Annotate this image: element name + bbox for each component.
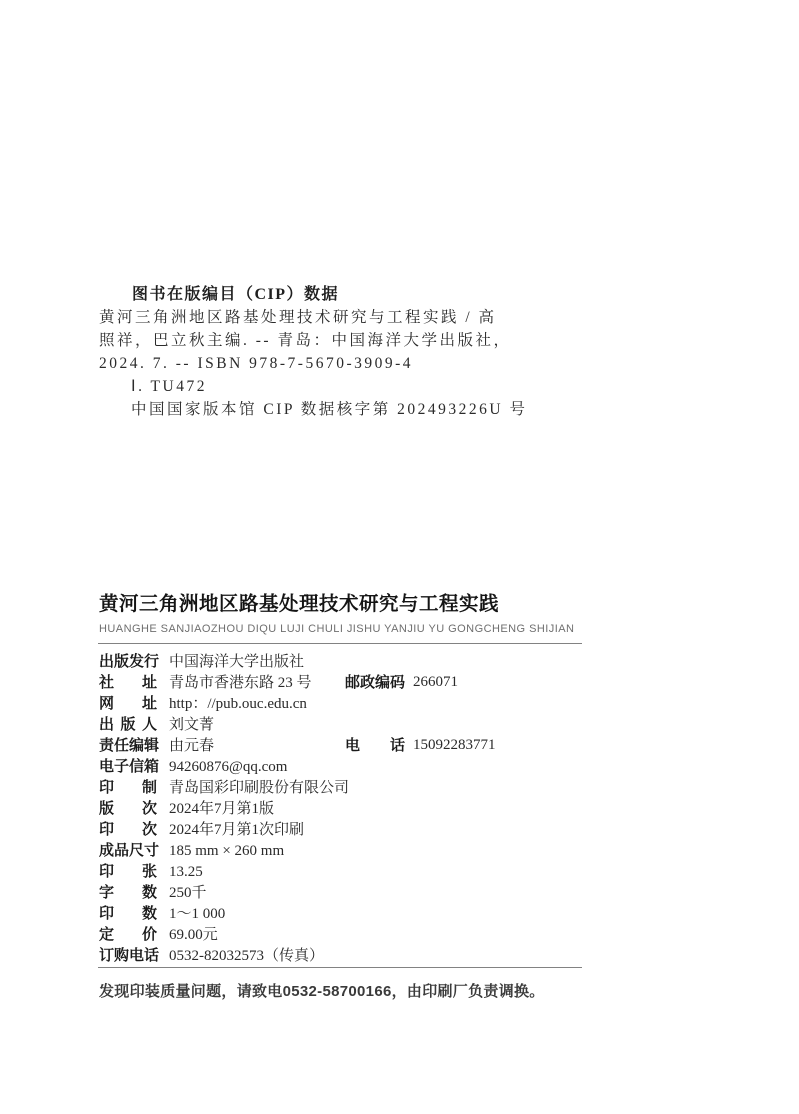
row-value: 185 mm × 260 mm	[169, 843, 284, 859]
row-value-secondary: 266071	[413, 672, 458, 693]
row-value: 250千	[169, 885, 207, 901]
table-row: 出版发行中国海洋大学出版社	[99, 651, 659, 672]
row-value-secondary: 15092283771	[413, 735, 496, 756]
row-label: 成品尺寸	[99, 840, 157, 861]
divider-line-top	[98, 643, 582, 644]
table-row: 电子信箱94260876@qq.com	[99, 756, 659, 777]
row-label: 社址	[99, 672, 157, 693]
row-label: 电子信箱	[99, 756, 157, 777]
row-value: 0532-82032573（传真）	[169, 948, 324, 964]
table-row: 字数250千	[99, 882, 659, 903]
row-label: 出版人	[99, 714, 157, 735]
row-label: 责任编辑	[99, 735, 157, 756]
cip-line: 2024. 7. -- ISBN 978-7-5670-3909-4	[99, 352, 599, 375]
table-row: 出版人刘文菁	[99, 714, 659, 735]
row-label: 印张	[99, 861, 157, 882]
copyright-page: 图书在版编目（CIP）数据 黄河三角洲地区路基处理技术研究与工程实践 / 高 照…	[0, 0, 799, 1114]
row-value: 1～1 000	[169, 906, 225, 922]
row-label-secondary: 邮政编码	[345, 672, 405, 693]
row-label: 字数	[99, 882, 157, 903]
row-value: 69.00元	[169, 927, 218, 943]
row-value: 2024年7月第1版	[169, 801, 274, 817]
row-value: 中国海洋大学出版社	[169, 654, 304, 670]
title-block: 黄河三角洲地区路基处理技术研究与工程实践 HUANGHE SANJIAOZHOU…	[99, 588, 574, 635]
divider-line-bottom	[98, 967, 582, 968]
table-row: 印数1～1 000	[99, 903, 659, 924]
table-row: 订购电话0532-82032573（传真）	[99, 945, 659, 966]
row-value: 刘文菁	[169, 717, 214, 733]
book-title-pinyin: HUANGHE SANJIAOZHOU DIQU LUJI CHULI JISH…	[99, 623, 574, 635]
print-quality-note: 发现印装质量问题，请致电0532-58700166，由印刷厂负责调换。	[99, 980, 545, 1001]
colophon-table: 出版发行中国海洋大学出版社 社址青岛市香港东路 23 号 邮政编码266071 …	[99, 651, 659, 966]
cip-line: 黄河三角洲地区路基处理技术研究与工程实践 / 高	[99, 306, 599, 329]
table-row: 印次2024年7月第1次印刷	[99, 819, 659, 840]
row-label-secondary: 电话	[345, 735, 405, 756]
table-row: 责任编辑由元春 电话15092283771	[99, 735, 659, 756]
cip-line: 中国国家版本馆 CIP 数据核字第 202493226U 号	[99, 398, 599, 421]
row-label: 版次	[99, 798, 157, 819]
row-label: 定价	[99, 924, 157, 945]
book-title: 黄河三角洲地区路基处理技术研究与工程实践	[99, 588, 574, 616]
row-label: 印次	[99, 819, 157, 840]
table-row: 社址青岛市香港东路 23 号 邮政编码266071	[99, 672, 659, 693]
row-label: 订购电话	[99, 945, 157, 966]
row-label: 印制	[99, 777, 157, 798]
cip-header: 图书在版编目（CIP）数据	[99, 283, 599, 306]
table-row: 成品尺寸185 mm × 260 mm	[99, 840, 659, 861]
cip-line: 照祥，巴立秋主编. -- 青岛：中国海洋大学出版社，	[99, 329, 599, 352]
row-value: 13.25	[169, 864, 203, 880]
row-label: 出版发行	[99, 651, 157, 672]
row-value: 由元春	[169, 738, 214, 754]
cip-line: Ⅰ. TU472	[99, 375, 599, 398]
row-label: 网址	[99, 693, 157, 714]
row-value: 青岛国彩印刷股份有限公司	[169, 780, 349, 796]
row-value: 94260876@qq.com	[169, 759, 287, 775]
table-row: 网址http：//pub.ouc.edu.cn	[99, 693, 659, 714]
table-row: 印制青岛国彩印刷股份有限公司	[99, 777, 659, 798]
row-value: http：//pub.ouc.edu.cn	[169, 696, 307, 712]
cip-block: 图书在版编目（CIP）数据 黄河三角洲地区路基处理技术研究与工程实践 / 高 照…	[99, 283, 599, 421]
table-row: 版次2024年7月第1版	[99, 798, 659, 819]
row-value: 2024年7月第1次印刷	[169, 822, 304, 838]
table-row: 印张13.25	[99, 861, 659, 882]
row-value: 青岛市香港东路 23 号	[169, 675, 312, 691]
table-row: 定价69.00元	[99, 924, 659, 945]
row-label: 印数	[99, 903, 157, 924]
